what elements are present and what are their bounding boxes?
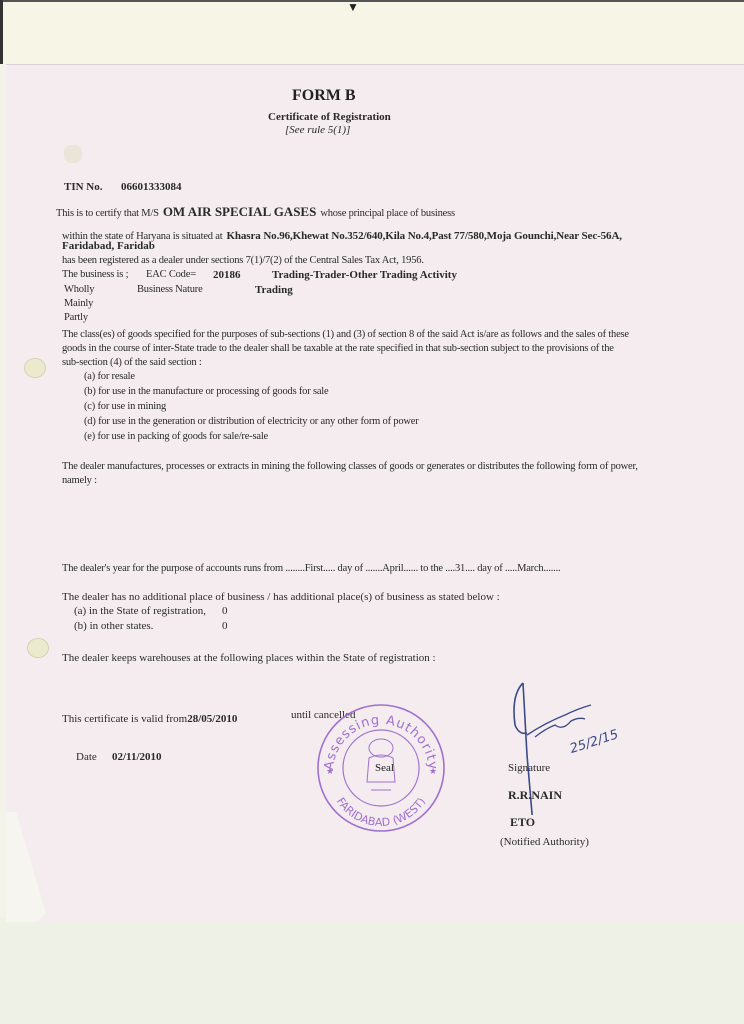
seal-bottom-text: FARIDABAD (WEST) bbox=[334, 795, 428, 829]
scanner-bottom-strip bbox=[0, 918, 744, 1024]
additional-place-row-label: (a) in the State of registration, bbox=[74, 605, 206, 617]
seal-label: Seal bbox=[375, 762, 394, 774]
issue-date-value: 02/11/2010 bbox=[112, 751, 162, 763]
accounts-year-line: The dealer's year for the purpose of acc… bbox=[62, 563, 560, 574]
classes-intro-1: The class(es) of goods specified for the… bbox=[62, 329, 629, 340]
warehouses-line: The dealer keeps warehouses at the follo… bbox=[62, 652, 436, 664]
validity-date: 28/05/2010 bbox=[187, 713, 237, 725]
stain-mark bbox=[64, 145, 82, 163]
option-partly: Partly bbox=[64, 312, 88, 323]
manufactures-line-2: namely : bbox=[62, 475, 97, 486]
form-title: FORM B bbox=[292, 87, 356, 105]
validity-line: This certificate is valid from28/05/2010 bbox=[62, 709, 237, 727]
business-label: The business is ; bbox=[62, 269, 128, 280]
validity-prefix: This certificate is valid from bbox=[62, 713, 187, 725]
scanner-top-strip: ▼ bbox=[0, 0, 744, 64]
goods-class-item: (e) for use in packing of goods for sale… bbox=[84, 431, 268, 442]
signature-label: Signature bbox=[508, 762, 550, 774]
signatory-name: R.R.NAIN bbox=[508, 788, 562, 803]
additional-place-row-value: 0 bbox=[222, 620, 228, 632]
goods-class-item: (d) for use in the generation or distrib… bbox=[84, 416, 419, 427]
signatory-authority: (Notified Authority) bbox=[500, 836, 589, 848]
address-text: Khasra No.96,Khewat No.352/640,Kila No.4… bbox=[226, 230, 622, 242]
goods-class-item: (c) for use in mining bbox=[84, 401, 166, 412]
business-activity: Trading-Trader-Other Trading Activity bbox=[272, 269, 457, 281]
option-wholly: Wholly bbox=[64, 284, 94, 295]
registered-line: has been registered as a dealer under se… bbox=[62, 255, 424, 266]
certify-suffix: whose principal place of business bbox=[320, 208, 455, 219]
additional-place-row-value: 0 bbox=[222, 605, 228, 617]
signatory-designation: ETO bbox=[510, 815, 535, 830]
signature-date: 25/2/15 bbox=[568, 727, 620, 757]
top-edge bbox=[3, 0, 744, 2]
classes-intro-2: goods in the course of inter-State trade… bbox=[62, 343, 614, 354]
certify-line: This is to certify that M/S OM AIR SPECI… bbox=[56, 203, 455, 221]
rule-reference: [See rule 5(1)] bbox=[285, 124, 350, 136]
firm-name: OM AIR SPECIAL GASES bbox=[163, 204, 317, 219]
goods-class-item: (a) for resale bbox=[84, 371, 135, 382]
tin-value: 06601333084 bbox=[121, 181, 182, 193]
tick-mark-icon: ▼ bbox=[347, 0, 359, 15]
official-seal-stamp: Assessing Authority FARIDABAD (WEST) ★ ★… bbox=[315, 702, 447, 834]
goods-class-item: (b) for use in the manufacture or proces… bbox=[84, 386, 328, 397]
manufactures-line-1: The dealer manufactures, processes or ex… bbox=[62, 461, 638, 472]
eac-label: EAC Code= bbox=[146, 269, 196, 280]
option-mainly: Mainly bbox=[64, 298, 93, 309]
issue-date-label: Date bbox=[76, 751, 97, 763]
punch-hole-icon bbox=[27, 638, 49, 658]
business-nature-label: Business Nature bbox=[137, 284, 203, 295]
additional-places-intro: The dealer has no additional place of bu… bbox=[62, 591, 500, 603]
star-icon: ★ bbox=[326, 766, 334, 776]
tin-label: TIN No. bbox=[64, 181, 103, 193]
certificate-subtitle: Certificate of Registration bbox=[268, 111, 391, 123]
address-line-2: Faridabad, Faridab bbox=[62, 240, 155, 252]
additional-place-row-label: (b) in other states. bbox=[74, 620, 153, 632]
punch-hole-icon bbox=[24, 358, 46, 378]
classes-intro-3: sub-section (4) of the said section : bbox=[62, 357, 202, 368]
certify-prefix: This is to certify that M/S bbox=[56, 208, 159, 219]
svg-text:FARIDABAD (WEST): FARIDABAD (WEST) bbox=[334, 795, 428, 829]
eac-code: 20186 bbox=[213, 269, 241, 281]
business-nature-value: Trading bbox=[255, 284, 293, 296]
star-icon: ★ bbox=[429, 766, 437, 776]
